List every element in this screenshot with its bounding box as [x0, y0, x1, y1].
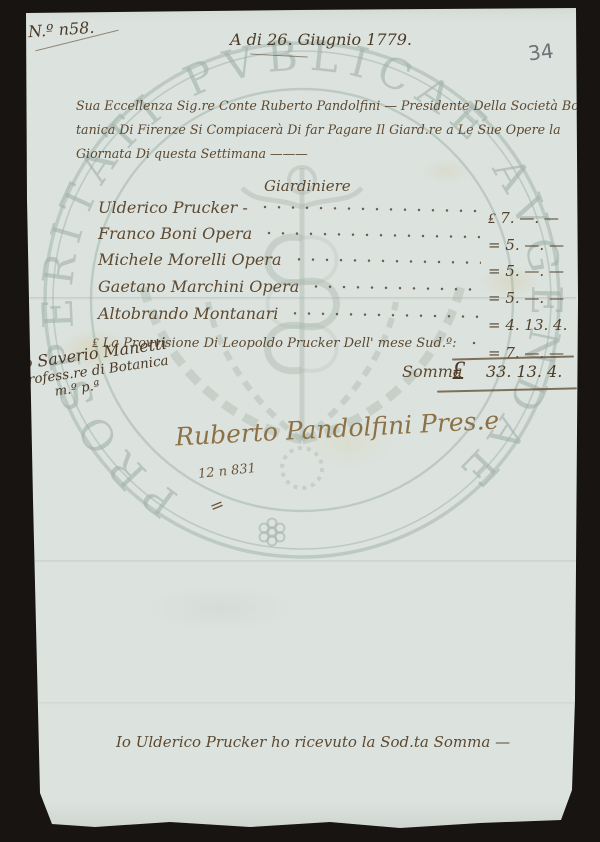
- paper-sheet: PROSPERITATI PVBLICAE AVGENDAE: [0, 0, 600, 842]
- amount-value: = 4. 13. 4.: [488, 316, 572, 334]
- total-value: 33. 13. 4.: [486, 362, 562, 381]
- ledger-row: Ulderico Prucker - ₤ 7. —. —: [98, 198, 572, 217]
- worker-name: Altobrando Montanari: [98, 304, 278, 323]
- date-line: A di 26. Giugnio 1779.: [230, 30, 412, 49]
- ledger-row: Gaetano Marchini Opera = 5. —. —: [98, 277, 572, 296]
- dotted-leader: [291, 254, 480, 267]
- body-line-2: tanica Di Firenze Si Compiacerà Di far P…: [76, 122, 561, 137]
- stamp-rosette: [260, 519, 285, 546]
- body-line-3: Giornata Di questa Settimana ———: [76, 146, 308, 161]
- ledger-row: Michele Morelli Opera = 5. —. —: [98, 250, 572, 269]
- worker-name: Gaetano Marchini Opera: [98, 277, 299, 296]
- amount-value: = 7. —. —: [488, 344, 572, 362]
- receipt-line: Io Ulderico Prucker ho ricevuto la Sod.t…: [116, 733, 510, 751]
- dotted-leader: [262, 228, 480, 241]
- scan-background: PROSPERITATI PVBLICAE AVGENDAE: [0, 0, 600, 842]
- ledger-row: Franco Boni Opera = 5. —. —: [98, 224, 572, 243]
- worker-name: Michele Morelli Opera: [98, 250, 282, 269]
- scanned-manuscript-page: { "document": { "note_number": "N.\u00ba…: [0, 0, 600, 842]
- pencil-page-number: 34: [527, 39, 555, 66]
- section-heading: Giardiniere: [264, 177, 351, 195]
- dotted-leader: [466, 338, 480, 347]
- body-line-1: Sua Eccellenza Sig.re Conte Ruberto Pand…: [76, 98, 588, 113]
- total-currency-sign: ₤: [452, 356, 465, 386]
- ledger-row: Altobrando Montanari = 4. 13. 4.: [98, 304, 572, 323]
- dotted-leader: [288, 308, 480, 321]
- dotted-leader: [258, 202, 480, 215]
- worker-name: Ulderico Prucker -: [98, 198, 248, 217]
- worker-name: Franco Boni Opera: [98, 224, 252, 243]
- dotted-leader: [309, 281, 480, 293]
